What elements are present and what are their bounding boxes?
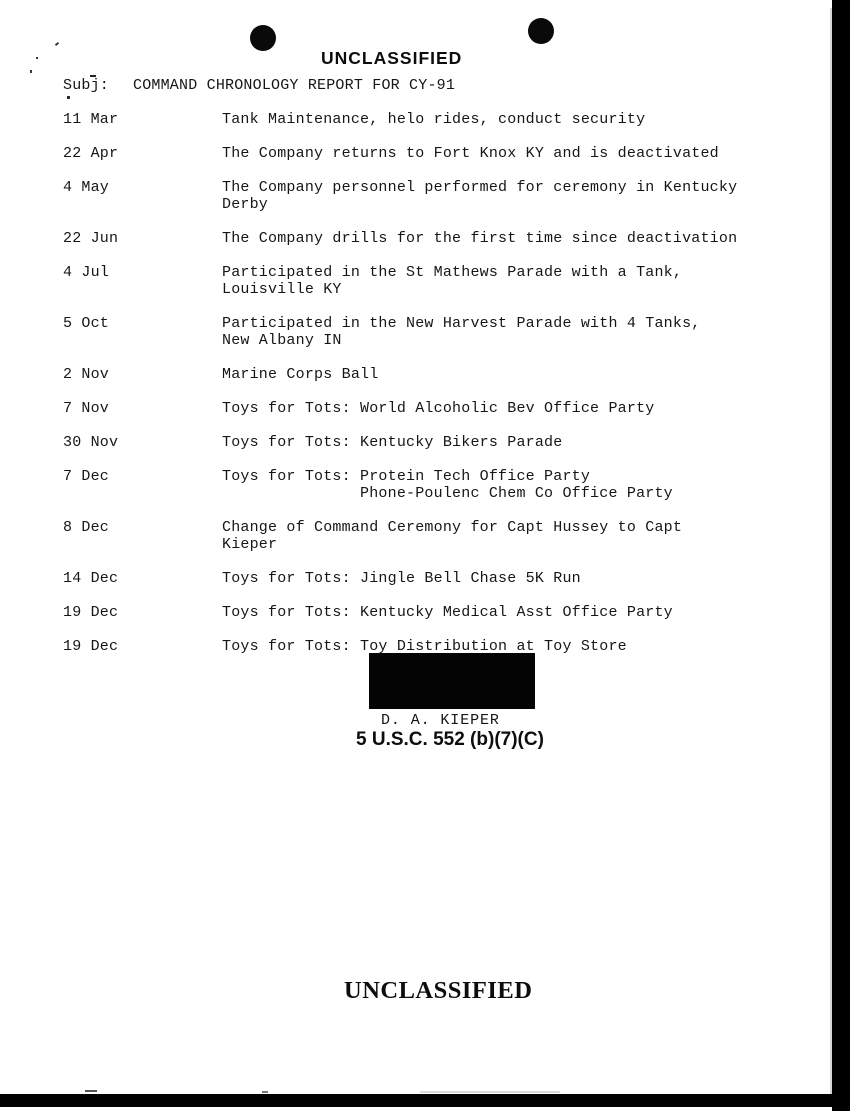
scan-speck <box>55 42 59 46</box>
entry-description: The Company drills for the first time si… <box>222 230 737 247</box>
entry-description: Tank Maintenance, helo rides, conduct se… <box>222 111 645 128</box>
entry-date: 19 Dec <box>63 638 222 655</box>
entry-description: Marine Corps Ball <box>222 366 378 383</box>
chronology-entry: 8 Dec Change of Command Ceremony for Cap… <box>63 519 825 553</box>
entry-date: 7 Nov <box>63 400 222 417</box>
scan-edge-right <box>832 0 850 1111</box>
entry-date: 30 Nov <box>63 434 222 451</box>
redaction-box <box>369 653 535 709</box>
entry-date: 22 Jun <box>63 230 222 247</box>
entry-description: The Company returns to Fort Knox KY and … <box>222 145 719 162</box>
entry-date: 4 Jul <box>63 264 222 298</box>
entry-date: 22 Apr <box>63 145 222 162</box>
entry-date: 7 Dec <box>63 468 222 502</box>
chronology-entry: 4 Jul Participated in the St Mathews Par… <box>63 264 825 298</box>
chronology-entry: 11 Mar Tank Maintenance, helo rides, con… <box>63 111 825 128</box>
entry-description: Change of Command Ceremony for Capt Huss… <box>222 519 682 553</box>
chronology-entry: 7 Nov Toys for Tots: World Alcoholic Bev… <box>63 400 825 417</box>
entry-description: Participated in the St Mathews Parade wi… <box>222 264 682 298</box>
chronology-entry: 30 Nov Toys for Tots: Kentucky Bikers Pa… <box>63 434 825 451</box>
scan-speck <box>67 96 70 99</box>
chronology-entry: 22 Apr The Company returns to Fort Knox … <box>63 145 825 162</box>
scan-edge-line <box>830 8 832 1096</box>
entry-description: Toys for Tots: Kentucky Bikers Parade <box>222 434 562 451</box>
entry-date: 14 Dec <box>63 570 222 587</box>
chronology-entry: 22 Jun The Company drills for the first … <box>63 230 825 247</box>
chronology-entry: 4 May The Company personnel performed fo… <box>63 179 825 213</box>
entry-date: 8 Dec <box>63 519 222 553</box>
scan-speck <box>262 1091 268 1093</box>
chronology-entry: 2 Nov Marine Corps Ball <box>63 366 825 383</box>
entry-description: Toys for Tots: World Alcoholic Bev Offic… <box>222 400 654 417</box>
subject-text: COMMAND CHRONOLOGY REPORT FOR CY-91 <box>133 77 455 94</box>
document-page: UNCLASSIFIED Subj: COMMAND CHRONOLOGY RE… <box>0 0 850 1111</box>
chronology-entry: 14 Dec Toys for Tots: Jingle Bell Chase … <box>63 570 825 587</box>
entry-date: 2 Nov <box>63 366 222 383</box>
scan-speck <box>420 1091 560 1093</box>
entry-description: Toys for Tots: Kentucky Medical Asst Off… <box>222 604 673 621</box>
foia-exemption-code: 5 U.S.C. 552 (b)(7)(C) <box>356 729 544 751</box>
entry-description: Toys for Tots: Jingle Bell Chase 5K Run <box>222 570 581 587</box>
chronology-list: 11 Mar Tank Maintenance, helo rides, con… <box>63 111 825 672</box>
entry-description: Toys for Tots: Protein Tech Office Party… <box>222 468 673 502</box>
scan-speck <box>36 57 38 59</box>
chronology-entry: 5 Oct Participated in the New Harvest Pa… <box>63 315 825 349</box>
scan-edge-bottom <box>0 1094 850 1107</box>
header-classification-banner: UNCLASSIFIED <box>321 48 462 69</box>
chronology-entry: 7 Dec Toys for Tots: Protein Tech Office… <box>63 468 825 502</box>
signature-name: D. A. KIEPER <box>381 712 500 729</box>
hole-punch-mark <box>528 18 554 44</box>
scan-speck <box>85 1090 97 1092</box>
entry-description: Participated in the New Harvest Parade w… <box>222 315 700 349</box>
subject-label: Subj: <box>63 77 133 94</box>
subject-line: Subj: COMMAND CHRONOLOGY REPORT FOR CY-9… <box>63 77 455 94</box>
entry-date: 19 Dec <box>63 604 222 621</box>
entry-date: 5 Oct <box>63 315 222 349</box>
footer-classification-banner: UNCLASSIFIED <box>344 977 532 1005</box>
entry-date: 4 May <box>63 179 222 213</box>
scan-speck <box>30 70 32 73</box>
hole-punch-mark <box>250 25 276 51</box>
entry-date: 11 Mar <box>63 111 222 128</box>
chronology-entry: 19 Dec Toys for Tots: Kentucky Medical A… <box>63 604 825 621</box>
entry-description: The Company personnel performed for cere… <box>222 179 737 213</box>
